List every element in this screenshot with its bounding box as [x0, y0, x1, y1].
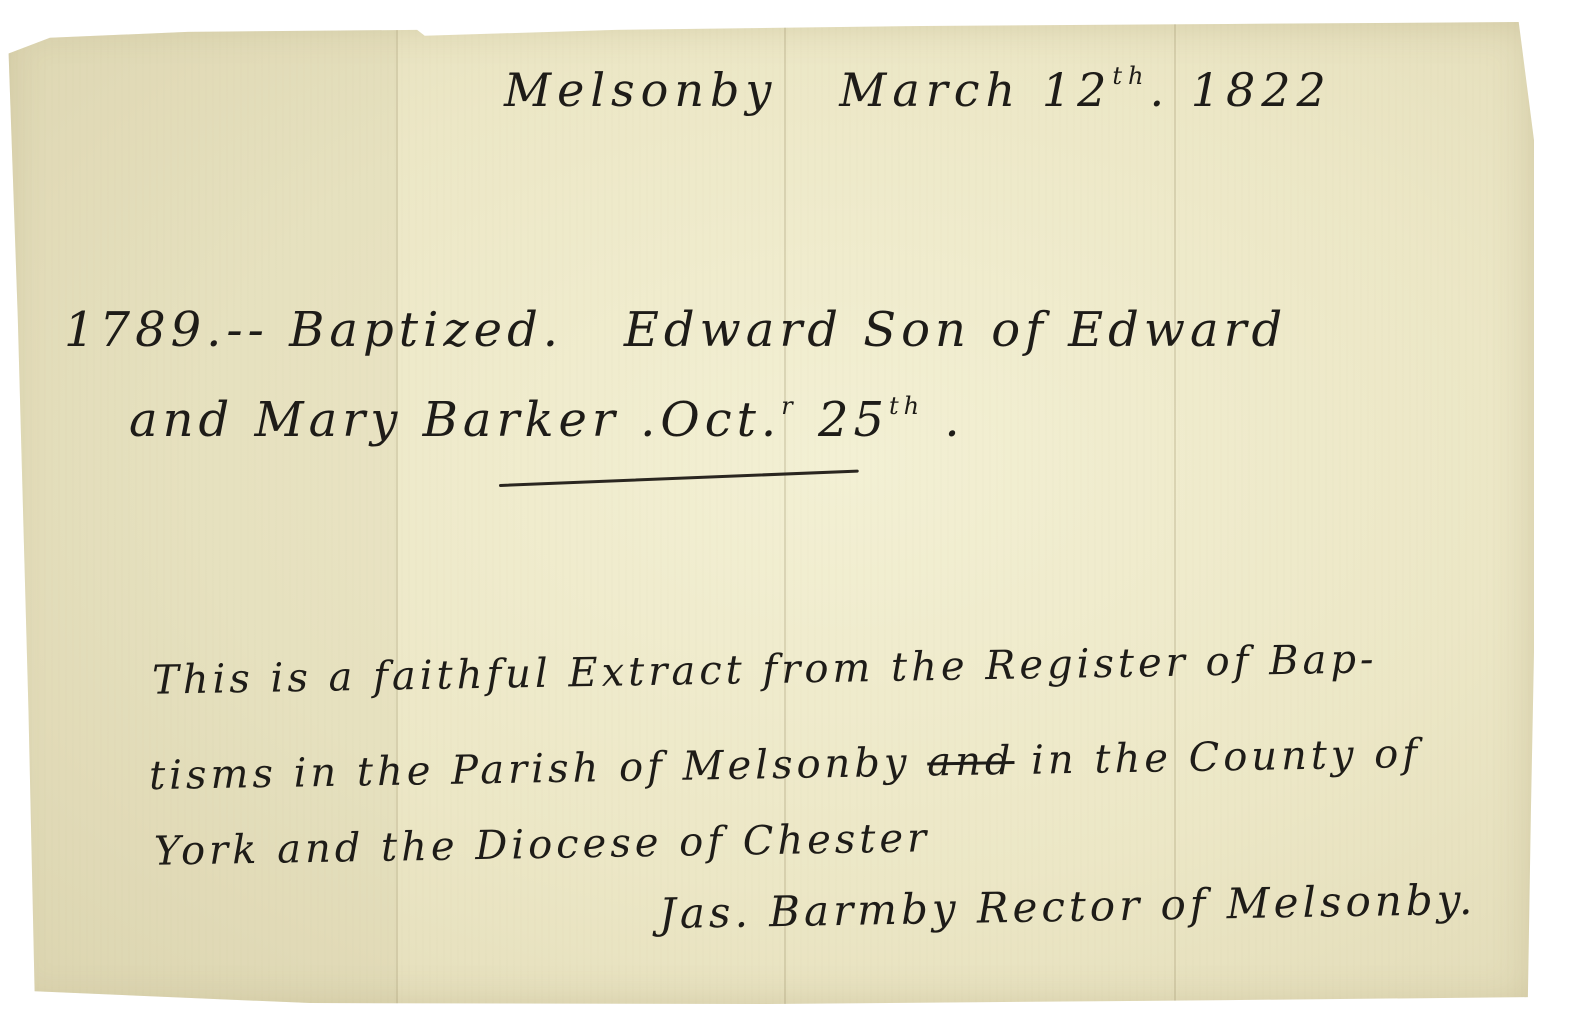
- entry-line-2: and Mary Barker .Oct.r 25th .: [129, 392, 965, 448]
- entry-child-parent: Edward Son of Edward: [624, 302, 1287, 358]
- entry-day-suffix: th: [889, 392, 924, 420]
- entry-parents: and Mary Barker: [129, 392, 620, 448]
- entry-month-suffix: r: [781, 392, 797, 420]
- entry-end: .: [944, 392, 964, 448]
- entry-month: .Oct.: [640, 392, 781, 448]
- heading-place: Melsonby: [504, 63, 777, 117]
- certification-line-2b: in the County of: [1031, 731, 1422, 784]
- fold-crease: [1174, 22, 1176, 1007]
- heading-year: 1822: [1191, 63, 1332, 117]
- heading-month: March: [839, 63, 1021, 117]
- struck-word: and: [927, 738, 1015, 786]
- heading-day: 12: [1042, 63, 1113, 117]
- entry-event: Baptized.: [289, 302, 563, 358]
- document-heading: Melsonby March 12th. 1822: [504, 62, 1332, 117]
- entry-line-1: 1789.-- Baptized. Edward Son of Edward: [64, 302, 1287, 358]
- entry-day: 25: [818, 392, 889, 448]
- heading-day-suffix: th: [1112, 62, 1149, 90]
- entry-dash: .--: [206, 302, 269, 358]
- entry-year: 1789: [64, 302, 206, 358]
- document-paper: Melsonby March 12th. 1822 1789.-- Baptiz…: [4, 22, 1534, 1007]
- rector-signature: Jas. Barmby Rector of Melsonby.: [659, 875, 1477, 938]
- divider-rule: [499, 470, 859, 487]
